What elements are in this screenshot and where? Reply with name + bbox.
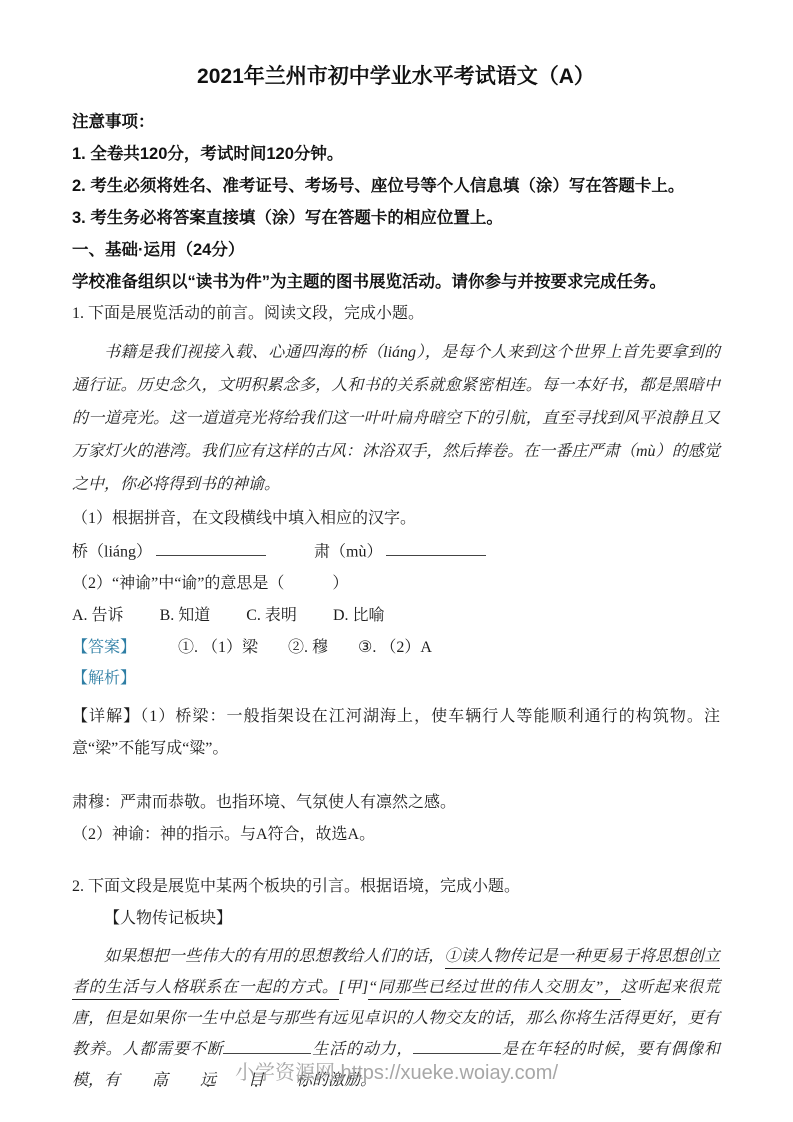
q2-blank-2 [413,1039,501,1054]
q2-stem: 2. 下面文段是展览中某两个板块的引言。根据语境，完成小题。 [72,877,720,897]
q1-fill-line: 桥（liáng）肃（mù） [72,541,720,562]
q2-block-title: 【人物传记板块】 [72,909,720,929]
watermark-footer: 小学资源网 https://xueke.woiay.com/ [0,1056,793,1085]
q2-underlined-sentence-2: “同那些已经过世的伟人交朋友”， [368,979,620,1000]
answer-line: 【答案】①. （1）梁②. 穆③. （2）A [72,638,720,658]
option-d: D. 比喻 [333,607,385,624]
answer-item-1: ①. （1）梁 [178,639,258,656]
analysis-detail-3: （2）神谕：神的指示。与A符合，故选A。 [72,825,720,845]
answer-item-3: ③. （2）A [358,639,432,656]
page-title: 2021年兰州市初中学业水平考试语文（A） [72,64,720,90]
analysis-detail-1: 【详解】（1）桥梁：一般指架设在江河湖海上，使车辆行人等能顺利通行的构筑物。注意… [72,701,720,765]
q1-stem: 1. 下面是展览活动的前言。阅读文段，完成小题。 [72,304,720,324]
notice-item-3: 3. 考生务必将答案直接填（涂）写在答题卡的相应位置上。 [72,208,720,228]
notice-heading: 注意事项： [72,112,720,132]
option-c: C. 表明 [246,607,297,624]
answer-label: 【答案】 [72,639,136,656]
q1-passage: 书籍是我们视接入载、心通四海的桥（liáng），是每个人来到这个世界上首先要拿到… [72,336,720,501]
q2-blank-1 [223,1039,311,1054]
fill2-label: 肃（mù） [314,543,382,560]
section-heading: 一、基础·运用（24分） [72,240,720,260]
option-a: A. 告诉 [72,607,124,624]
q2-bracket-jia: [甲] [339,979,369,996]
q1-sub1: （1）根据拼音，在文段横线中填入相应的汉字。 [72,509,720,529]
option-b: B. 知道 [160,607,211,624]
analysis-label-line: 【解析】 [72,669,720,689]
analysis-detail-2: 肃穆：严肃而恭敬。也指环境、气氛使人有凛然之感。 [72,793,720,813]
analysis-label: 【解析】 [72,670,136,687]
notice-item-1: 1. 全卷共120分，考试时间120分钟。 [72,144,720,164]
q1-sub2: （2）“神谕”中“谕”的意思是（ ） [72,574,720,594]
fill2-blank [386,541,486,556]
q1-options: A. 告诉B. 知道C. 表明D. 比喻 [72,606,720,626]
answer-item-2: ②. 穆 [288,639,328,656]
fill1-blank [156,541,266,556]
fill1-label: 桥（liáng） [72,543,152,560]
q2-seg-intro: 如果想把一些伟大的有用的思想教给人们的话， [104,948,445,965]
notice-item-2: 2. 考生必须将姓名、准考证号、考场号、座位号等个人信息填（涂）写在答题卡上。 [72,176,720,196]
section-intro: 学校准备组织以“读书为件”为主题的图书展览活动。请你参与并按要求完成任务。 [72,272,720,292]
exam-page: 2021年兰州市初中学业水平考试语文（A） 注意事项： 1. 全卷共120分，考… [0,0,793,1122]
